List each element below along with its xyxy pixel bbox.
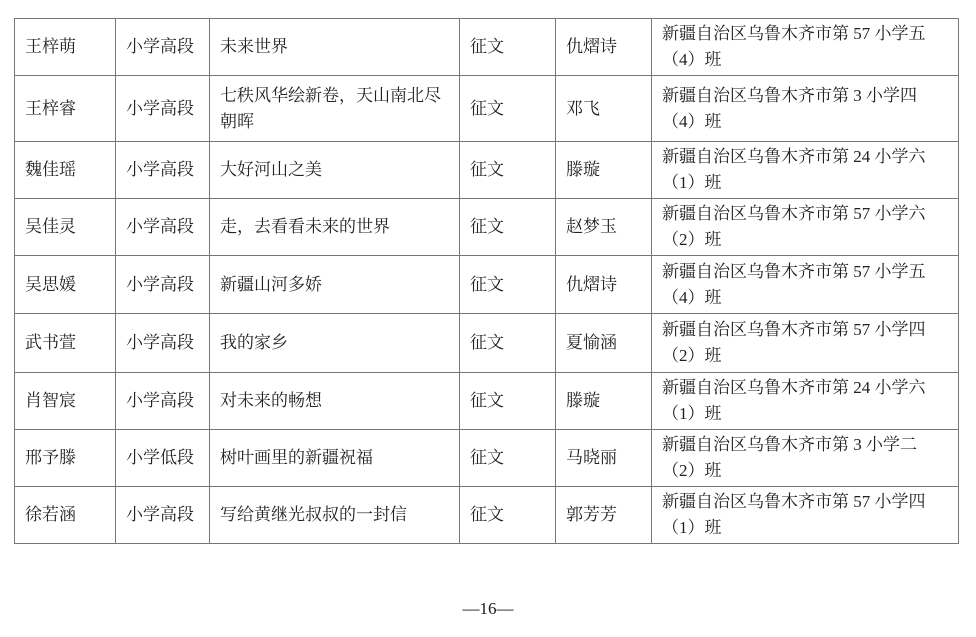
award-entries-table: 王梓萌 小学高段 未来世界 征文 仇熠诗 新疆自治区乌鲁木齐市第 57 小学五（…	[14, 18, 959, 544]
cell-school-class: 新疆自治区乌鲁木齐市第 3 小学四（4）班	[652, 76, 959, 142]
cell-work-title: 写给黄继光叔叔的一封信	[210, 487, 460, 544]
table-row: 徐若涵 小学高段 写给黄继光叔叔的一封信 征文 郭芳芳 新疆自治区乌鲁木齐市第 …	[15, 487, 959, 544]
cell-student-name: 徐若涵	[15, 487, 116, 544]
table-row: 吴佳灵 小学高段 走，去看看未来的世界 征文 赵梦玉 新疆自治区乌鲁木齐市第 5…	[15, 199, 959, 256]
cell-teacher: 邓飞	[556, 76, 652, 142]
cell-student-name: 魏佳瑶	[15, 142, 116, 199]
cell-level: 小学高段	[116, 256, 210, 314]
cell-teacher: 赵梦玉	[556, 199, 652, 256]
cell-entry-type: 征文	[460, 76, 556, 142]
cell-school-class: 新疆自治区乌鲁木齐市第 57 小学五（4）班	[652, 256, 959, 314]
cell-level: 小学低段	[116, 430, 210, 487]
cell-work-title: 走，去看看未来的世界	[210, 199, 460, 256]
cell-level: 小学高段	[116, 76, 210, 142]
cell-work-title: 新疆山河多娇	[210, 256, 460, 314]
page-number: —16—	[0, 599, 976, 619]
cell-entry-type: 征文	[460, 373, 556, 430]
cell-level: 小学高段	[116, 142, 210, 199]
cell-entry-type: 征文	[460, 256, 556, 314]
cell-level: 小学高段	[116, 373, 210, 430]
cell-teacher: 夏愉涵	[556, 314, 652, 373]
cell-entry-type: 征文	[460, 487, 556, 544]
cell-school-class: 新疆自治区乌鲁木齐市第 24 小学六（1）班	[652, 142, 959, 199]
cell-entry-type: 征文	[460, 430, 556, 487]
cell-school-class: 新疆自治区乌鲁木齐市第 57 小学六（2）班	[652, 199, 959, 256]
cell-teacher: 滕璇	[556, 373, 652, 430]
cell-student-name: 王梓萌	[15, 19, 116, 76]
cell-student-name: 邢予滕	[15, 430, 116, 487]
cell-level: 小学高段	[116, 314, 210, 373]
cell-student-name: 肖智宸	[15, 373, 116, 430]
cell-school-class: 新疆自治区乌鲁木齐市第 24 小学六（1）班	[652, 373, 959, 430]
table-row: 武书萱 小学高段 我的家乡 征文 夏愉涵 新疆自治区乌鲁木齐市第 57 小学四（…	[15, 314, 959, 373]
cell-school-class: 新疆自治区乌鲁木齐市第 57 小学四（1）班	[652, 487, 959, 544]
cell-teacher: 郭芳芳	[556, 487, 652, 544]
table-row: 吴思媛 小学高段 新疆山河多娇 征文 仇熠诗 新疆自治区乌鲁木齐市第 57 小学…	[15, 256, 959, 314]
cell-school-class: 新疆自治区乌鲁木齐市第 57 小学四（2）班	[652, 314, 959, 373]
cell-entry-type: 征文	[460, 314, 556, 373]
table-row: 王梓萌 小学高段 未来世界 征文 仇熠诗 新疆自治区乌鲁木齐市第 57 小学五（…	[15, 19, 959, 76]
cell-entry-type: 征文	[460, 19, 556, 76]
cell-level: 小学高段	[116, 199, 210, 256]
cell-teacher: 滕璇	[556, 142, 652, 199]
table-row: 邢予滕 小学低段 树叶画里的新疆祝福 征文 马晓丽 新疆自治区乌鲁木齐市第 3 …	[15, 430, 959, 487]
cell-student-name: 王梓睿	[15, 76, 116, 142]
cell-student-name: 吴思媛	[15, 256, 116, 314]
cell-work-title: 我的家乡	[210, 314, 460, 373]
cell-teacher: 马晓丽	[556, 430, 652, 487]
cell-work-title: 树叶画里的新疆祝福	[210, 430, 460, 487]
cell-school-class: 新疆自治区乌鲁木齐市第 3 小学二（2）班	[652, 430, 959, 487]
cell-teacher: 仇熠诗	[556, 19, 652, 76]
cell-work-title: 未来世界	[210, 19, 460, 76]
cell-level: 小学高段	[116, 487, 210, 544]
table-row: 肖智宸 小学高段 对未来的畅想 征文 滕璇 新疆自治区乌鲁木齐市第 24 小学六…	[15, 373, 959, 430]
cell-level: 小学高段	[116, 19, 210, 76]
cell-work-title: 大好河山之美	[210, 142, 460, 199]
table-row: 王梓睿 小学高段 七秩风华绘新卷，天山南北尽朝晖 征文 邓飞 新疆自治区乌鲁木齐…	[15, 76, 959, 142]
cell-work-title: 七秩风华绘新卷，天山南北尽朝晖	[210, 76, 460, 142]
table-row: 魏佳瑶 小学高段 大好河山之美 征文 滕璇 新疆自治区乌鲁木齐市第 24 小学六…	[15, 142, 959, 199]
cell-entry-type: 征文	[460, 142, 556, 199]
cell-student-name: 武书萱	[15, 314, 116, 373]
cell-student-name: 吴佳灵	[15, 199, 116, 256]
cell-work-title: 对未来的畅想	[210, 373, 460, 430]
cell-school-class: 新疆自治区乌鲁木齐市第 57 小学五（4）班	[652, 19, 959, 76]
cell-entry-type: 征文	[460, 199, 556, 256]
cell-teacher: 仇熠诗	[556, 256, 652, 314]
